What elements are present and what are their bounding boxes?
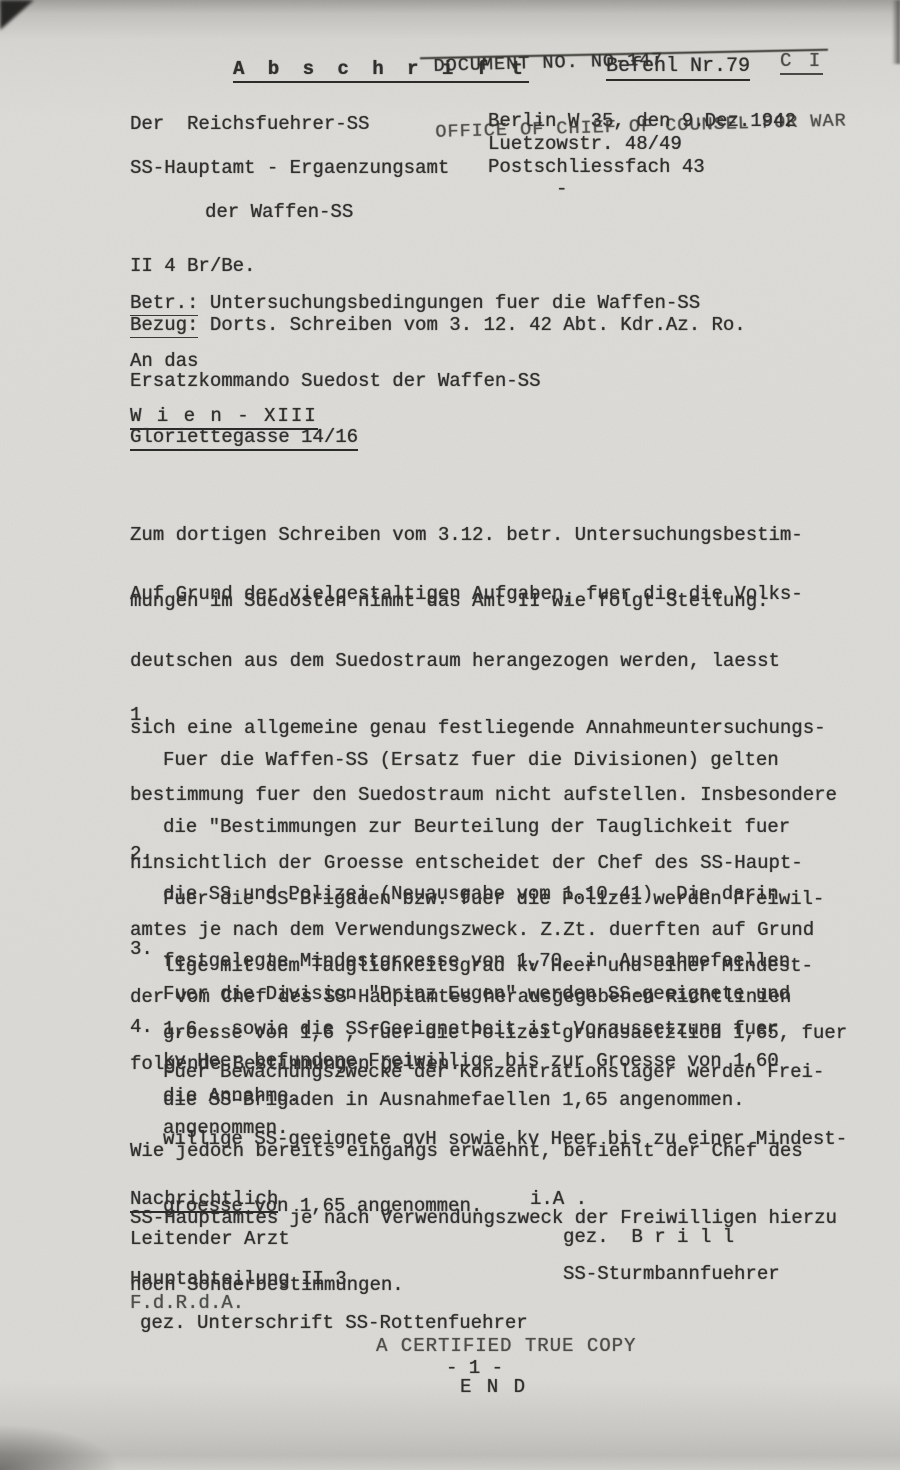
bezug-text: Dorts. Schreiben vom 3. 12. 42 Abt. Kdr.… xyxy=(198,314,745,336)
betreff-text: Untersuchungsbedingungen fuer die Waffen… xyxy=(198,292,700,314)
certified-true-copy: A CERTIFIED TRUE COPY xyxy=(376,1335,636,1357)
sender-line-1: Der Reichsfuehrer-SS xyxy=(130,113,369,135)
hauptabteilung: Hauptabteilung II 3 xyxy=(130,1268,347,1290)
file-number: II 4 Br/Be. xyxy=(130,255,255,277)
end-marker: E N D xyxy=(460,1376,527,1398)
header-mark: C I xyxy=(780,50,823,72)
document-page: DOCUMENT NO. NO-147 OFFICE OF CHIEF OF C… xyxy=(0,0,900,1470)
street-line: Luetzowstr. 48/49 xyxy=(488,133,682,155)
fdrda-abbrev: F.d.R.d.A. xyxy=(130,1292,244,1314)
befehl-number: Befehl Nr.79 xyxy=(606,56,750,78)
bezug-label: Bezug: xyxy=(130,314,198,338)
postbox-line: Postschliessfach 43 xyxy=(488,156,705,178)
recipient-street: Gloriettegasse 14/16 xyxy=(130,426,358,448)
signed-name: gez. B r i l l xyxy=(563,1226,734,1248)
sender-line-2: SS-Hauptamt - Ergaenzungsamt xyxy=(130,157,449,179)
abschrift-heading: A b s c h r i f t xyxy=(233,58,529,80)
recipient-an-das: An das xyxy=(130,350,198,372)
sender-line-3: der Waffen-SS xyxy=(205,201,353,223)
countersignature: gez. Unterschrift SS-Rottenfuehrer xyxy=(140,1312,528,1334)
leitender-arzt: Leitender Arzt xyxy=(130,1228,290,1250)
recipient-unit: Ersatzkommando Suedost der Waffen-SS xyxy=(130,370,540,392)
betreff-line: Betr.: Untersuchungsbedingungen fuer die… xyxy=(130,292,700,314)
betreff-label: Betr.: xyxy=(130,292,198,316)
recipient-city: W i e n - XIII xyxy=(130,405,318,427)
ia-abbrev: i.A . xyxy=(530,1188,587,1210)
bezug-line: Bezug: Dorts. Schreiben vom 3. 12. 42 Ab… xyxy=(130,314,746,336)
date-line: Berlin W 35, den 9.Dez.1942 xyxy=(488,110,796,132)
signer-rank: SS-Sturmbannfuehrer xyxy=(563,1263,780,1285)
nachrichtlich-label: Nachrichtlich xyxy=(130,1188,278,1210)
dash-mark: - xyxy=(556,178,567,200)
